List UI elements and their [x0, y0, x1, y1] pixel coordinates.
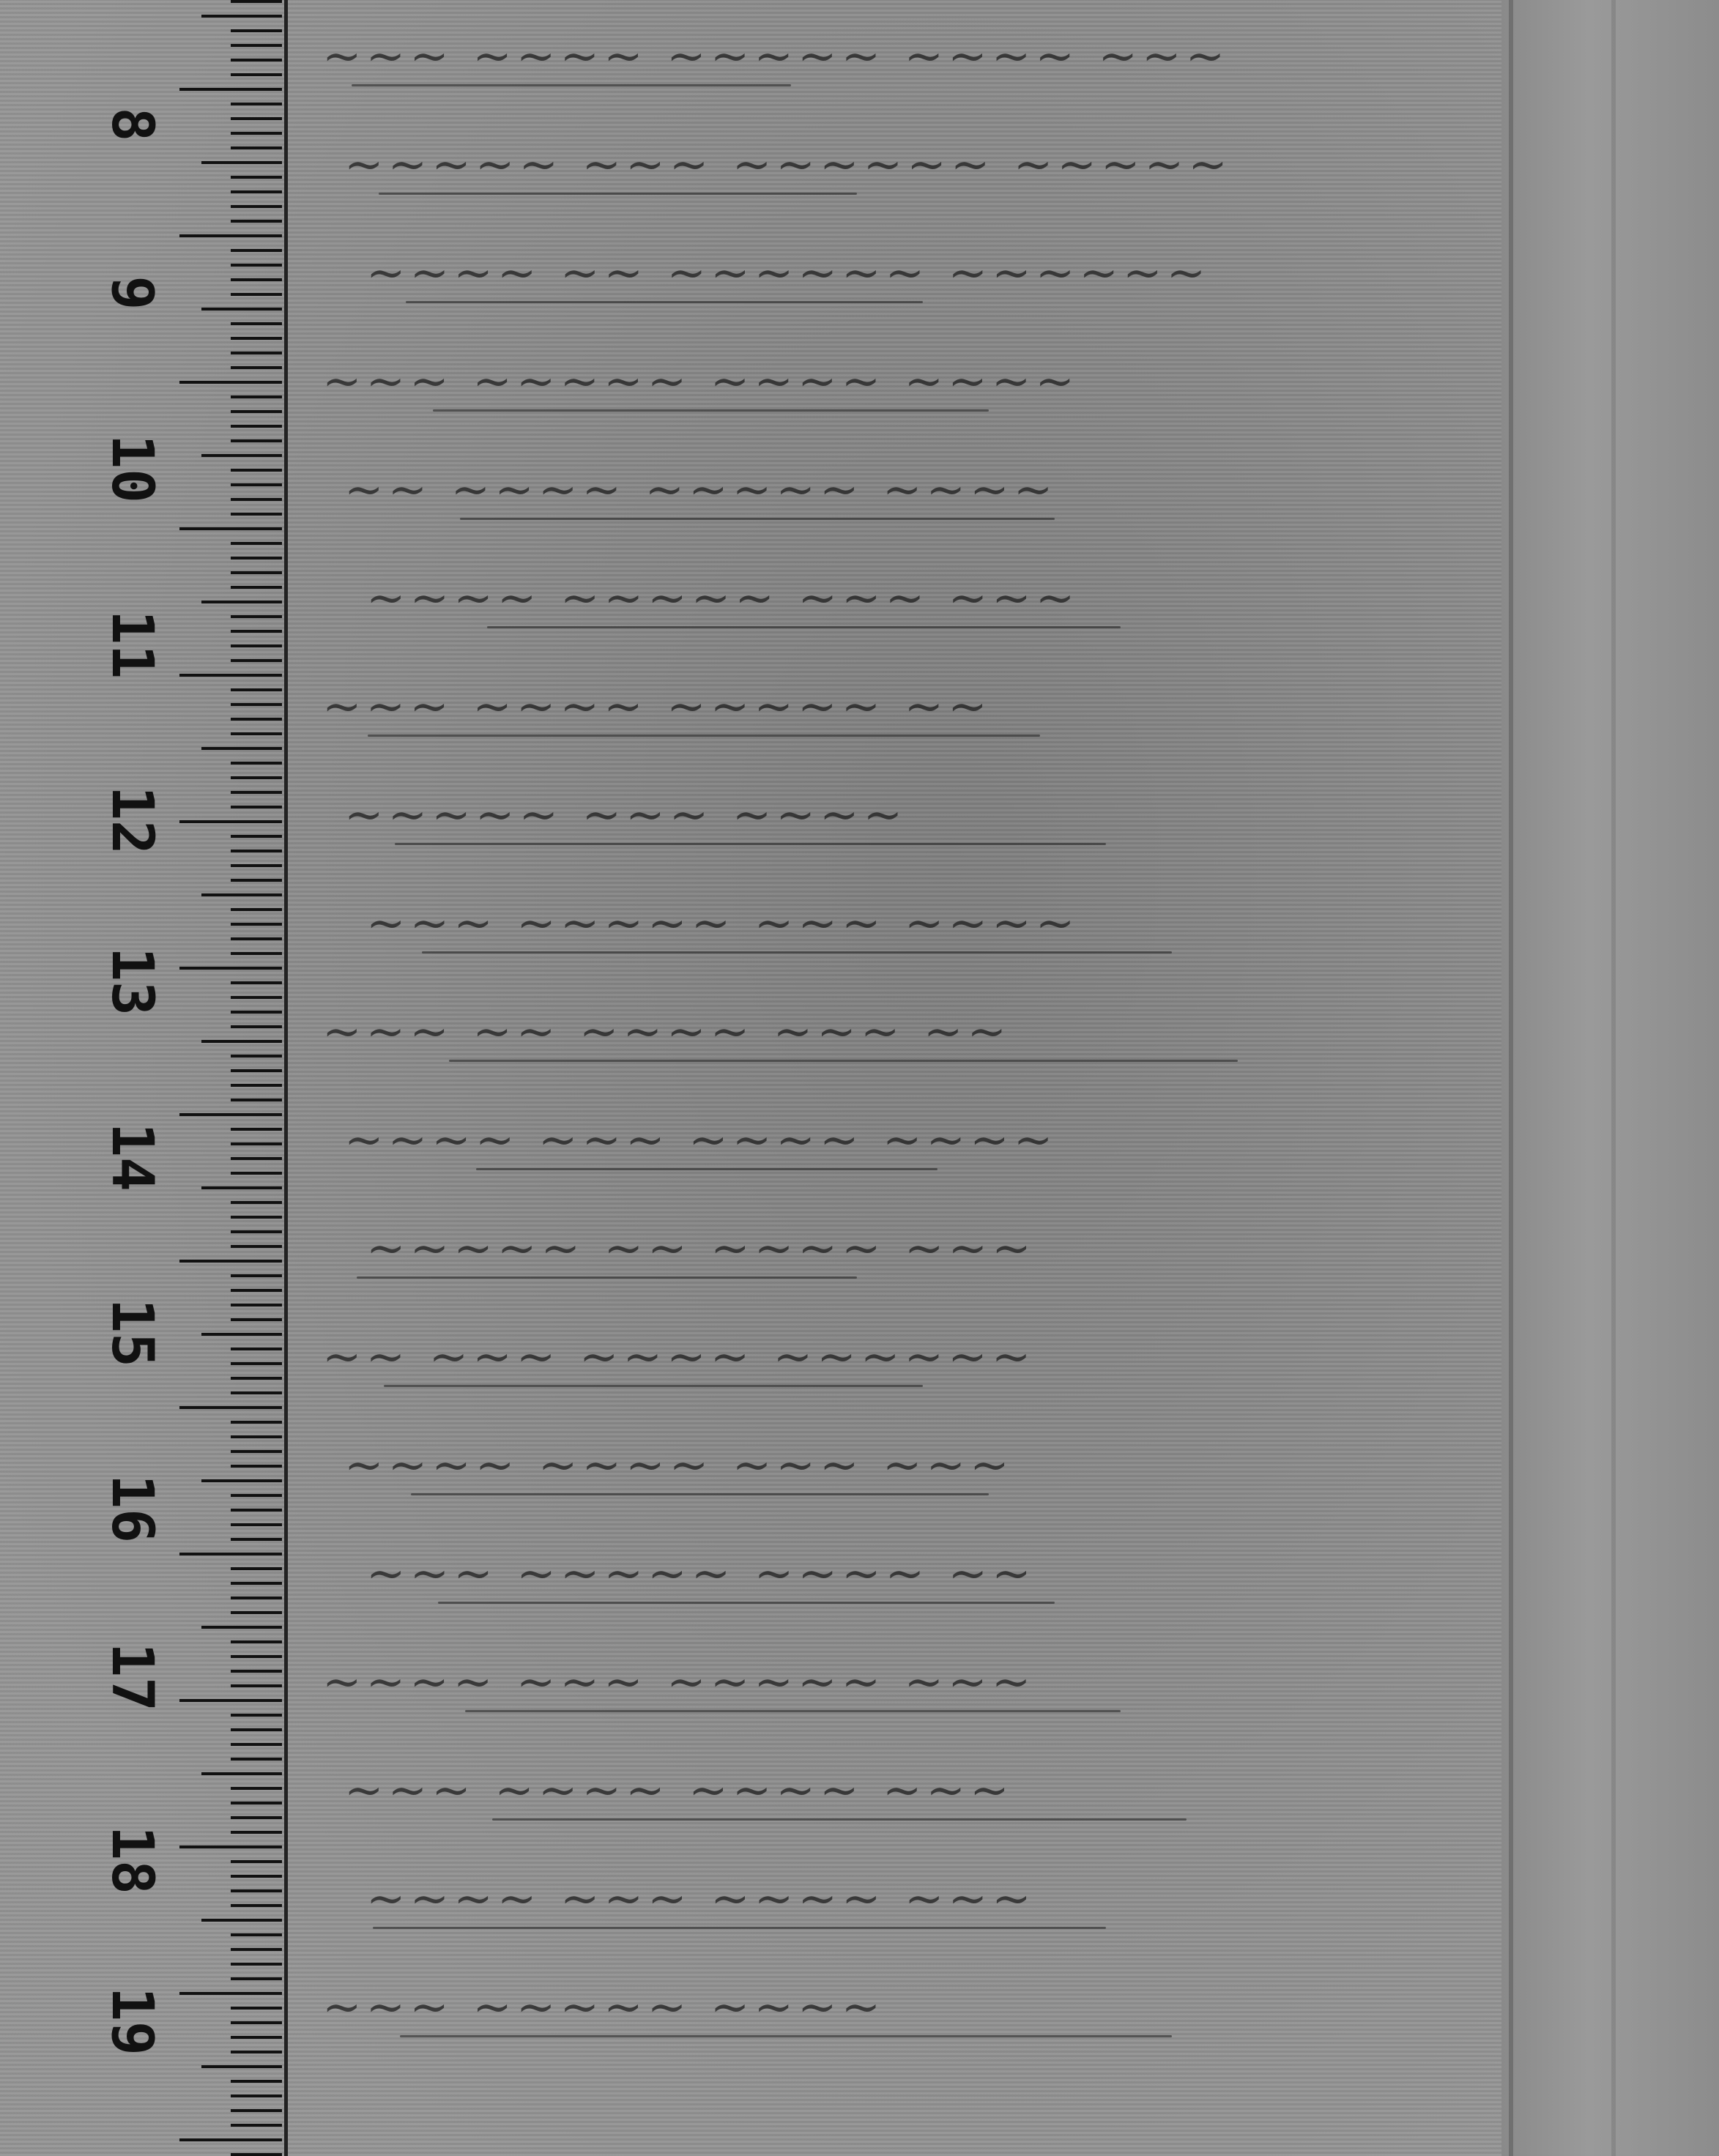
ruler-tick [231, 1963, 282, 1966]
ruler-tick [231, 2124, 282, 2127]
ruler-tick [231, 59, 282, 62]
ink-stroke [492, 1818, 1187, 1821]
ruler-edge [284, 0, 288, 2156]
ruler-tick [231, 395, 282, 398]
ruler-tick [231, 1816, 282, 1819]
ruler-tick [231, 1055, 282, 1057]
ruler-tick [179, 967, 282, 970]
ruler-tick [231, 1025, 282, 1028]
ruler-tick [231, 293, 282, 296]
ink-stroke [379, 193, 857, 195]
ruler-tick [231, 644, 282, 647]
ruler-label: 9 [99, 249, 165, 337]
ruler-tick [201, 1772, 282, 1775]
manuscript-line: ~~~~~ ~~~ ~~~~ [344, 788, 907, 842]
manuscript-line: ~~~~~ ~~~ ~~~~~~ ~~~~~ [344, 138, 1232, 192]
ruler-tick [231, 937, 282, 940]
manuscript-line: ~~~ ~~~~~ ~~~ ~~~~ [366, 896, 1079, 951]
ruler-tick [231, 2080, 282, 2083]
ruler-tick [231, 981, 282, 984]
ruler-tick [231, 542, 282, 545]
ruler-tick [179, 1845, 282, 1848]
ruler-tick [231, 835, 282, 838]
ruler-tick [179, 88, 282, 91]
ruler-tick [231, 1216, 282, 1219]
ruler-tick [231, 1347, 282, 1350]
ruler-tick [231, 996, 282, 999]
ruler-tick [231, 1582, 282, 1585]
ruler-tick [231, 1684, 282, 1687]
ruler-label: 17 [99, 1633, 165, 1721]
ink-stroke [384, 1385, 923, 1387]
ruler-tick [231, 586, 282, 589]
ink-stroke [411, 1493, 989, 1495]
ruler-tick [231, 1538, 282, 1541]
ruler-tick [231, 1904, 282, 1907]
ruler-tick [231, 1758, 282, 1761]
ruler-tick [231, 1201, 282, 1204]
ruler-tick [231, 220, 282, 223]
ruler-tick [231, 29, 282, 32]
manuscript-line: ~~~ ~~~~ ~~~~ ~~~ [344, 1763, 1014, 1818]
ruler-tick [231, 439, 282, 442]
ink-stroke [422, 951, 1172, 954]
ruler-tick [231, 1142, 282, 1145]
ruler-tick [231, 864, 282, 867]
ruler-tick [231, 952, 282, 955]
ruler-label: 14 [99, 1113, 165, 1201]
ruler-tick [231, 2109, 282, 2112]
ruler-tick [231, 2153, 282, 2156]
ruler-tick [231, 44, 282, 47]
ruler-tick [231, 1128, 282, 1131]
ink-stroke [368, 735, 1040, 737]
ruler-tick [231, 1157, 282, 1160]
ruler-tick [231, 1172, 282, 1175]
ruler-tick [231, 1728, 282, 1731]
ruler-tick [231, 1084, 282, 1087]
ruler-tick [231, 1465, 282, 1468]
ruler-label: 13 [99, 937, 165, 1025]
ink-stroke [487, 626, 1121, 628]
ruler-tick [231, 1245, 282, 1248]
ruler-tick [231, 1596, 282, 1599]
ruler-tick [231, 513, 282, 516]
manuscript-line: ~~ ~~~~ ~~~~~ ~~~~ [344, 463, 1057, 517]
ruler-tick [231, 1318, 282, 1321]
ruler-tick [231, 469, 282, 472]
ruler-label: 18 [99, 1816, 165, 1904]
ruler-label: 11 [99, 601, 165, 688]
ruler-tick [231, 557, 282, 560]
ruler-tick [179, 234, 282, 237]
ruler-tick [231, 850, 282, 852]
ink-stroke [433, 409, 989, 412]
ruler-tick [201, 893, 282, 896]
measuring-ruler: 8910111213141516171819 [0, 0, 289, 2156]
ruler-tick [231, 1802, 282, 1804]
ruler-tick [179, 674, 282, 677]
manuscript-line: ~~~~ ~~~~~ ~~~ ~~~ [366, 571, 1079, 625]
ruler-tick [231, 146, 282, 149]
ruler-tick [231, 205, 282, 208]
ruler-tick [231, 1860, 282, 1863]
ruler-tick [231, 117, 282, 120]
ruler-tick [179, 1113, 282, 1116]
ruler-tick [231, 132, 282, 135]
ruler-label: 10 [99, 425, 165, 513]
ruler-tick [231, 103, 282, 105]
ruler-tick [231, 806, 282, 808]
ruler-tick [231, 498, 282, 501]
ruler-tick [231, 1523, 282, 1526]
ruler-tick [231, 190, 282, 193]
ruler-label: 16 [99, 1465, 165, 1553]
ink-stroke [406, 301, 923, 303]
page-margin-band [1501, 0, 1719, 2156]
page-fold-line [1611, 0, 1616, 2156]
ruler-tick [231, 688, 282, 691]
ink-stroke [373, 1927, 1106, 1929]
ruler-label: 15 [99, 1289, 165, 1377]
ink-stroke [438, 1602, 1055, 1604]
ruler-tick [179, 527, 282, 530]
ruler-tick [231, 322, 282, 325]
ruler-tick [179, 1699, 282, 1702]
ruler-tick [231, 1567, 282, 1570]
ruler-tick [231, 1435, 282, 1438]
ruler-tick [231, 1670, 282, 1673]
ink-stroke [460, 518, 1055, 520]
ink-stroke [395, 843, 1106, 845]
ruler-tick [231, 776, 282, 779]
ink-stroke [465, 1710, 1121, 1712]
ruler-tick [231, 630, 282, 633]
ruler-tick [231, 2007, 282, 2010]
ruler-tick [201, 1479, 282, 1482]
ruler-tick [231, 762, 282, 765]
ruler-tick [231, 2036, 282, 2039]
ruler-tick [231, 718, 282, 721]
ruler-tick [231, 337, 282, 340]
ruler-tick [231, 1787, 282, 1790]
ruler-tick [201, 1919, 282, 1922]
ruler-tick [231, 659, 282, 662]
ruler-tick [231, 264, 282, 267]
ruler-tick [231, 2021, 282, 2024]
ruler-tick [201, 1333, 282, 1336]
manuscript-line: ~~~ ~~ ~~~~ ~~~ ~~ [322, 1005, 1011, 1059]
ruler-tick [231, 879, 282, 882]
manuscript-line: ~~~~ ~~~ ~~~~ ~~~ [366, 1872, 1036, 1926]
ruler-tick [231, 791, 282, 794]
ruler-tick [201, 1040, 282, 1043]
ruler-label: 19 [99, 1977, 165, 2065]
ruler-tick [179, 2138, 282, 2141]
ruler-tick [231, 410, 282, 413]
ruler-tick [231, 1391, 282, 1394]
ruler-tick [201, 1626, 282, 1629]
manuscript-line: ~~~~ ~~~ ~~~~ ~~~~ [344, 1113, 1057, 1167]
ruler-tick [231, 923, 282, 926]
ruler-tick [179, 381, 282, 384]
ruler-tick [179, 1553, 282, 1555]
ruler-tick [231, 1289, 282, 1292]
ruler-tick [231, 1611, 282, 1614]
ruler-tick [201, 161, 282, 164]
ruler-tick [231, 732, 282, 735]
ruler-tick [231, 73, 282, 76]
manuscript-line: ~~~~ ~~ ~~~~~~ ~~~~~~ [366, 246, 1210, 300]
ruler-tick [201, 747, 282, 750]
ruler-label: 8 [99, 81, 165, 168]
ruler-tick [231, 1421, 282, 1424]
ruler-tick [231, 1948, 282, 1951]
ruler-tick [231, 425, 282, 428]
ruler-tick [231, 0, 282, 3]
ruler-tick [231, 1362, 282, 1365]
ruler-tick [231, 1377, 282, 1380]
ruler-tick [231, 1655, 282, 1658]
ruler-tick [231, 1714, 282, 1717]
ruler-tick [201, 454, 282, 457]
page-fold-line [1509, 0, 1513, 2156]
ruler-tick [231, 1494, 282, 1497]
ruler-tick [231, 615, 282, 618]
ruler-tick [231, 1011, 282, 1014]
ruler-tick [231, 1875, 282, 1878]
manuscript-line: ~~~ ~~~~ ~~~~~ ~~ [322, 680, 992, 734]
ink-stroke [357, 1276, 857, 1279]
ruler-tick [231, 483, 282, 486]
ruler-tick [231, 1831, 282, 1834]
ruler-tick [231, 176, 282, 179]
ruler-tick [179, 1992, 282, 1995]
ruler-tick [201, 2065, 282, 2068]
ruler-tick [231, 1450, 282, 1453]
ink-stroke [449, 1060, 1238, 1062]
ruler-tick [231, 2094, 282, 2097]
ruler-tick [231, 1509, 282, 1512]
ruler-tick [179, 1260, 282, 1263]
ruler-tick [231, 352, 282, 354]
manuscript-line: ~~~ ~~~~ ~~~~~ ~~~~ ~~~ [322, 29, 1229, 83]
ruler-tick [231, 2051, 282, 2053]
ruler-tick [179, 1406, 282, 1409]
ink-stroke [352, 84, 791, 86]
ruler-tick [231, 1933, 282, 1936]
ruler-tick [231, 1304, 282, 1306]
manuscript-line: ~~ ~~~ ~~~~ ~~~~~~ [322, 1330, 1035, 1384]
ruler-tick [231, 1977, 282, 1980]
ruler-tick [231, 1230, 282, 1233]
manuscript-line: ~~~~~ ~~ ~~~~ ~~~ [366, 1222, 1036, 1276]
ruler-tick [201, 15, 282, 18]
ruler-tick [231, 1640, 282, 1643]
ruler-tick [231, 1743, 282, 1746]
ruler-tick [231, 908, 282, 911]
ruler-tick [201, 308, 282, 311]
ruler-tick [231, 249, 282, 252]
ruler-tick [201, 601, 282, 603]
ruler-tick [231, 366, 282, 369]
ruler-tick [179, 820, 282, 823]
ruler-tick [231, 1889, 282, 1892]
ruler-tick [231, 1099, 282, 1101]
manuscript-line: ~~~~ ~~~ ~~~~~ ~~~ [322, 1655, 1035, 1709]
ink-stroke [400, 2035, 1172, 2037]
ink-stroke [476, 1168, 938, 1170]
ruler-tick [231, 1069, 282, 1072]
ruler-tick [231, 703, 282, 706]
manuscript-line: ~~~~ ~~~~ ~~~ ~~~ [344, 1438, 1014, 1493]
ruler-tick [231, 278, 282, 281]
ruler-tick [231, 571, 282, 574]
ruler-tick [231, 1274, 282, 1277]
manuscript-line: ~~~ ~~~~~ ~~~~ [322, 1980, 885, 2034]
ruler-label: 12 [99, 776, 165, 864]
manuscript-line: ~~~ ~~~~~ ~~~~ ~~~~ [322, 354, 1079, 409]
ruler-tick [201, 1186, 282, 1189]
manuscript-line: ~~~ ~~~~~ ~~~~ ~~ [366, 1547, 1036, 1601]
